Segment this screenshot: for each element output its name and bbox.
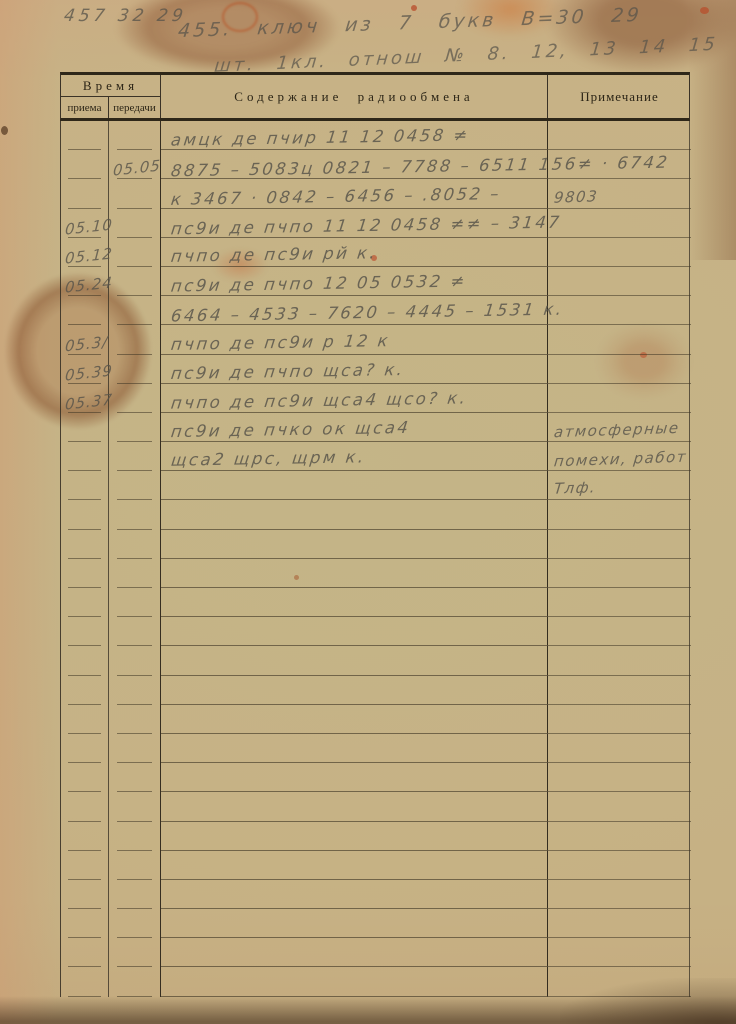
table-row bbox=[61, 500, 689, 529]
cell-time-sent bbox=[109, 705, 161, 734]
cell-content: пчпо де пс9и рй к. bbox=[161, 238, 548, 267]
time-sent-value: 05.05 bbox=[112, 157, 161, 180]
cell-time-sent bbox=[109, 121, 161, 150]
cell-time-received bbox=[61, 938, 109, 967]
table-row: к 3467 · 0842 – 6456 – .8052 – 9803 bbox=[61, 179, 689, 208]
cell-time-sent bbox=[109, 646, 161, 675]
cell-content bbox=[161, 938, 548, 967]
cell-content: щса2 щрс, щрм к. bbox=[161, 442, 548, 471]
cell-content bbox=[161, 705, 548, 734]
cell-content bbox=[161, 676, 548, 705]
cell-content bbox=[161, 588, 548, 617]
cell-time-received bbox=[61, 734, 109, 763]
ruled-line bbox=[117, 996, 153, 997]
table-row: 05.10 пс9и де пчпо 11 12 0458 ≠≠ – 3147 bbox=[61, 209, 689, 238]
cell-time-received: 05.37 bbox=[61, 384, 109, 413]
cell-time-received bbox=[61, 880, 109, 909]
table-row bbox=[61, 792, 689, 821]
cell-note bbox=[548, 763, 691, 792]
table-row bbox=[61, 617, 689, 646]
cell-note bbox=[548, 851, 691, 880]
cell-time-received bbox=[61, 792, 109, 821]
cell-note bbox=[548, 209, 691, 238]
cell-note bbox=[548, 530, 691, 559]
cell-time-sent bbox=[109, 209, 161, 238]
cell-note bbox=[548, 909, 691, 938]
log-content-value: пчпо де пс9и р 12 к bbox=[170, 331, 392, 354]
cell-time-received bbox=[61, 413, 109, 442]
log-content-value: пс9и де пчпо 11 12 0458 ≠≠ – 3147 bbox=[170, 212, 563, 238]
cell-content bbox=[161, 792, 548, 821]
radio-log-table: Время приема передачи Содержание радиооб… bbox=[60, 72, 690, 997]
table-row bbox=[61, 880, 689, 909]
cell-content bbox=[161, 471, 548, 500]
cell-time-sent bbox=[109, 822, 161, 851]
left-edge-discoloration bbox=[0, 0, 58, 1024]
cell-time-received bbox=[61, 822, 109, 851]
cell-time-received bbox=[61, 617, 109, 646]
cell-content bbox=[161, 646, 548, 675]
cell-content bbox=[161, 500, 548, 529]
cell-time-received bbox=[61, 442, 109, 471]
cell-time-sent bbox=[109, 909, 161, 938]
table-row: амцк де пчир 11 12 0458 ≠ bbox=[61, 121, 689, 150]
table-row bbox=[61, 851, 689, 880]
cell-note bbox=[548, 325, 691, 354]
cell-time-sent bbox=[109, 267, 161, 296]
cell-time-sent bbox=[109, 413, 161, 442]
cell-time-received bbox=[61, 705, 109, 734]
table-row bbox=[61, 734, 689, 763]
cell-note bbox=[548, 646, 691, 675]
header-time: Время bbox=[61, 75, 161, 97]
note-value: 9803 bbox=[553, 187, 599, 207]
cell-note bbox=[548, 734, 691, 763]
red-speck bbox=[700, 7, 709, 14]
cell-note: атмосферные bbox=[548, 413, 691, 442]
cell-time-received: 05.10 bbox=[61, 209, 109, 238]
header-note: Примечание bbox=[548, 75, 691, 118]
time-received-value: 05.12 bbox=[64, 244, 113, 267]
table-row: 05.3/ пчпо де пс9и р 12 к bbox=[61, 325, 689, 354]
cell-note bbox=[548, 880, 691, 909]
time-received-value: 05.37 bbox=[64, 390, 113, 413]
cell-time-received bbox=[61, 150, 109, 179]
cell-time-sent bbox=[109, 851, 161, 880]
log-content-value: амцк де пчир 11 12 0458 ≠ bbox=[170, 126, 471, 150]
note-value: Тлф. bbox=[553, 479, 597, 499]
cell-time-received: 05.39 bbox=[61, 355, 109, 384]
table-row bbox=[61, 646, 689, 675]
cell-note bbox=[548, 267, 691, 296]
cell-time-sent bbox=[109, 734, 161, 763]
cell-time-sent bbox=[109, 471, 161, 500]
cell-time-received: 05.3/ bbox=[61, 325, 109, 354]
header-content: Содержание радиообмена bbox=[161, 75, 548, 118]
cell-content bbox=[161, 617, 548, 646]
cell-content: пчпо де пс9и щса4 щсо? к. bbox=[161, 384, 548, 413]
log-content-value: пчпо де пс9и рй к. bbox=[170, 243, 379, 266]
cell-note bbox=[548, 588, 691, 617]
time-received-value: 05.3/ bbox=[64, 332, 108, 355]
cell-note bbox=[548, 676, 691, 705]
cell-time-sent bbox=[109, 559, 161, 588]
table-row: 05.37 пчпо де пс9и щса4 щсо? к. bbox=[61, 384, 689, 413]
cell-time-received bbox=[61, 909, 109, 938]
cell-time-received bbox=[61, 676, 109, 705]
cell-time-sent bbox=[109, 179, 161, 208]
cell-time-received bbox=[61, 588, 109, 617]
table-row bbox=[61, 822, 689, 851]
time-received-value: 05.39 bbox=[64, 361, 113, 384]
cell-content: пс9и де пчпо 11 12 0458 ≠≠ – 3147 bbox=[161, 209, 548, 238]
cell-content bbox=[161, 909, 548, 938]
cell-note bbox=[548, 617, 691, 646]
cell-content: 6464 – 4533 – 7620 – 4445 – 1531 к. bbox=[161, 296, 548, 325]
margin-note-numbers: 457 32 29 bbox=[64, 6, 187, 27]
cell-time-received bbox=[61, 530, 109, 559]
cell-note bbox=[548, 822, 691, 851]
table-row: 05.39 пс9и де пчпо щса? к. bbox=[61, 355, 689, 384]
log-body: амцк де пчир 11 12 0458 ≠ 05.05 8875 – 5… bbox=[60, 121, 690, 997]
cell-time-received bbox=[61, 296, 109, 325]
cell-content: 8875 – 5083ц 0821 – 7788 – 6511 156≠ · 6… bbox=[161, 150, 548, 179]
cell-content: пс9и де пчпо щса? к. bbox=[161, 355, 548, 384]
cell-time-received bbox=[61, 646, 109, 675]
cell-time-received bbox=[61, 851, 109, 880]
log-content-value: пс9и де пчпо 12 05 0532 ≠ bbox=[170, 272, 468, 296]
table-row: пс9и де пчко ок щса4 атмосферные bbox=[61, 413, 689, 442]
cell-time-sent bbox=[109, 938, 161, 967]
margin-note-line2: 32 29 bbox=[116, 6, 188, 27]
cell-time-sent bbox=[109, 384, 161, 413]
log-content-value: пс9и де пчпо щса? к. bbox=[170, 360, 406, 383]
cell-content bbox=[161, 851, 548, 880]
table-row: Тлф. bbox=[61, 471, 689, 500]
cell-note bbox=[548, 121, 691, 150]
cell-note bbox=[548, 238, 691, 267]
cell-note: 9803 bbox=[548, 179, 691, 208]
cell-time-sent bbox=[109, 530, 161, 559]
cell-note bbox=[548, 355, 691, 384]
cell-time-received bbox=[61, 500, 109, 529]
cell-content bbox=[161, 822, 548, 851]
note-value: атмосферные bbox=[553, 419, 680, 441]
cell-time-sent bbox=[109, 617, 161, 646]
log-content-value: 6464 – 4533 – 7620 – 4445 – 1531 к. bbox=[170, 300, 565, 326]
dark-speck bbox=[1, 126, 8, 135]
cell-note bbox=[548, 559, 691, 588]
cell-time-received: 05.12 bbox=[61, 238, 109, 267]
cell-content bbox=[161, 880, 548, 909]
time-received-value: 05.24 bbox=[64, 274, 113, 297]
cell-time-sent bbox=[109, 676, 161, 705]
cell-time-sent bbox=[109, 880, 161, 909]
cell-note: помехи, работ bbox=[548, 442, 691, 471]
ruled-line bbox=[68, 996, 101, 997]
cell-note bbox=[548, 384, 691, 413]
cell-time-sent bbox=[109, 588, 161, 617]
log-content-value: пчпо де пс9и щса4 щсо? к. bbox=[170, 388, 469, 412]
log-content-value: пс9и де пчко ок щса4 bbox=[170, 418, 412, 441]
cell-time-received bbox=[61, 471, 109, 500]
header-note-line1: 455. ключ из 7 букв В=30 29 bbox=[177, 4, 643, 42]
table-row: щса2 щрс, щрм к. помехи, работ bbox=[61, 442, 689, 471]
cell-content bbox=[161, 530, 548, 559]
cell-note bbox=[548, 500, 691, 529]
cell-content bbox=[161, 559, 548, 588]
table-row bbox=[61, 938, 689, 967]
cell-note bbox=[548, 705, 691, 734]
cell-content bbox=[161, 967, 548, 996]
cell-time-received bbox=[61, 763, 109, 792]
cell-time-sent bbox=[109, 442, 161, 471]
time-received-value: 05.10 bbox=[64, 215, 113, 238]
cell-content: пс9и де пчпо 12 05 0532 ≠ bbox=[161, 267, 548, 296]
bottom-page-shadow bbox=[0, 996, 736, 1024]
cell-time-sent bbox=[109, 500, 161, 529]
cell-time-sent bbox=[109, 296, 161, 325]
cell-time-sent bbox=[109, 238, 161, 267]
table-row: 05.12 пчпо де пс9и рй к. bbox=[61, 238, 689, 267]
table-row: 6464 – 4533 – 7620 – 4445 – 1531 к. bbox=[61, 296, 689, 325]
red-speck bbox=[411, 5, 417, 11]
cell-time-sent bbox=[109, 967, 161, 996]
table-header: Время приема передачи Содержание радиооб… bbox=[60, 72, 690, 121]
cell-content bbox=[161, 734, 548, 763]
cell-note bbox=[548, 967, 691, 996]
table-row bbox=[61, 588, 689, 617]
cell-time-sent bbox=[109, 792, 161, 821]
header-sent: передачи bbox=[109, 97, 161, 118]
table-row: 05.24 пс9и де пчпо 12 05 0532 ≠ bbox=[61, 267, 689, 296]
table-row bbox=[61, 909, 689, 938]
cell-content bbox=[161, 763, 548, 792]
log-content-value: к 3467 · 0842 – 6456 – .8052 – bbox=[170, 184, 502, 209]
cell-content: к 3467 · 0842 – 6456 – .8052 – bbox=[161, 179, 548, 208]
table-row bbox=[61, 559, 689, 588]
table-row bbox=[61, 676, 689, 705]
cell-time-received: 05.24 bbox=[61, 267, 109, 296]
table-row bbox=[61, 967, 689, 996]
cell-time-sent bbox=[109, 325, 161, 354]
margin-note-line1: 457 bbox=[63, 6, 110, 27]
cell-content: амцк де пчир 11 12 0458 ≠ bbox=[161, 121, 548, 150]
table-row bbox=[61, 763, 689, 792]
cell-time-sent bbox=[109, 763, 161, 792]
cell-time-received bbox=[61, 967, 109, 996]
table-row: 05.05 8875 – 5083ц 0821 – 7788 – 6511 15… bbox=[61, 150, 689, 179]
cell-time-received bbox=[61, 121, 109, 150]
header-note-line2: шт. 1кл. отнош № 8. 12, 13 14 15 1 bbox=[213, 32, 736, 77]
table-row bbox=[61, 705, 689, 734]
scanned-log-page: 457 32 29 455. ключ из 7 букв В=30 29 шт… bbox=[0, 0, 736, 1024]
table-row bbox=[61, 530, 689, 559]
cell-time-sent bbox=[109, 355, 161, 384]
cell-note bbox=[548, 792, 691, 821]
cell-time-received bbox=[61, 559, 109, 588]
cell-content: пс9и де пчко ок щса4 bbox=[161, 413, 548, 442]
cell-note bbox=[548, 296, 691, 325]
header-received: приема bbox=[61, 97, 109, 118]
cell-time-sent: 05.05 bbox=[109, 150, 161, 179]
cell-time-received bbox=[61, 179, 109, 208]
log-content-value: щса2 щрс, щрм к. bbox=[170, 448, 367, 470]
note-value: помехи, работ bbox=[553, 448, 688, 471]
cell-note bbox=[548, 938, 691, 967]
cell-note: Тлф. bbox=[548, 471, 691, 500]
cell-content: пчпо де пс9и р 12 к bbox=[161, 325, 548, 354]
